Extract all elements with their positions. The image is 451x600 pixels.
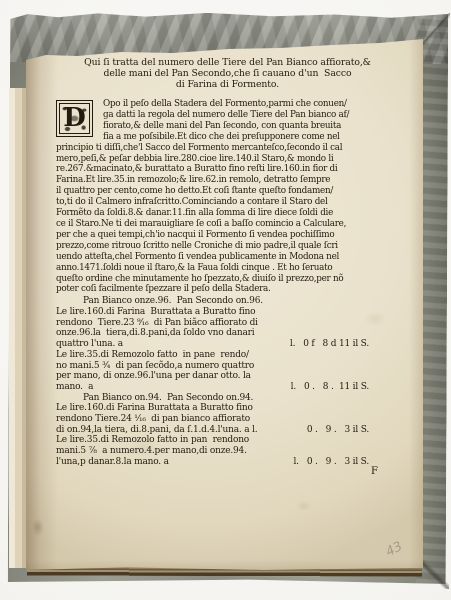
heading-line: di Farina di Formento. [56, 79, 399, 90]
chapter-heading: Qui ſi tratta del numero delle Tiere del… [56, 57, 399, 90]
calmero-row-value: l. 0 . 8 . 11 il S. [291, 382, 369, 393]
calmero-row: per mano, di onze.96.l'una per danar ott… [56, 371, 369, 382]
calmero-row-text: rendono Tiere.24 ¹⁄₁₆ di pan bianco affi… [56, 414, 250, 425]
paragraph-line: uendo atteſta,chel Formento ſi vendea pu… [56, 252, 399, 263]
paragraph-line: il quattro per cento,come ho detto.Et co… [56, 186, 399, 197]
paragraph-line: to,ti do il Calmero infraſcritto.Cominci… [56, 197, 399, 208]
signature-mark: F [371, 466, 378, 477]
calmero-row: Pan Bianco onze.96. Pan Secondo on.96. [83, 296, 369, 307]
paragraph-line: fiorato,& delle mani del Pan ſecondo, co… [103, 121, 399, 132]
calmero-row: onze.96.la tiera,di.8.pani,da ſoldo vno … [56, 328, 369, 339]
calmero-row: l'una,p danar.8.la mano. a l. 0 . 9 . 3 … [56, 457, 369, 468]
calmero-row: Pan Bianco on.94. Pan Secondo on.94. [83, 393, 369, 404]
paragraph-line: poter coſi facilmente ſpezzare il peſo d… [56, 284, 399, 295]
calmero-row-text: per mano, di onze.96.l'una per danar ott… [56, 371, 251, 382]
calmero-row-text: Le lire.35.di Remozolo fatto in pane ren… [56, 350, 249, 361]
paragraph-lines: Opo il peſo della Stadera del Formento,p… [56, 99, 399, 295]
calmero-row-text: di on.94,la tiera, di.8.pani, da ſ.1.d.4… [56, 425, 257, 436]
text-block: Qui ſi tratta del numero delle Tiere del… [56, 57, 399, 468]
calmero-row: rendono Tiere.23 ⁹⁄₁₆ di Pan biãco affio… [56, 318, 369, 329]
calmero-row-text: Le lire.160.di Farina Burattata a Buratt… [56, 307, 255, 318]
calmero-row-text: quattro l'una. a [56, 339, 123, 350]
paragraph-line: prezzo,come ritrouo ſcritto nelle Cronic… [56, 241, 399, 252]
paragraph-line: re.267.&macinato,& burattato a Buratto f… [56, 164, 399, 175]
calmero-row: quattro l'una. a l. 0 f 8 d 11 il S. [56, 339, 369, 350]
calmero-row: no mani.5 ³⁄₄ di pan ſecõdo,a numero qua… [56, 361, 369, 372]
calmero-row: Le lire.35.di Remozolo fatto in pan rend… [56, 435, 369, 446]
paragraph-line: mero,peſi,& peſar debbia lire.280.cioe l… [56, 154, 399, 165]
calmero-row-text: rendono Tiere.23 ⁹⁄₁₆ di Pan biãco affio… [56, 318, 258, 329]
calmero-row: mano. a l. 0 . 8 . 11 il S. [56, 382, 369, 393]
paragraph-line: principio ti diſſi,che'l Sacco del Forme… [56, 143, 399, 154]
calmero-row-text: Le lire.35.di Remozolo fatto in pan rend… [56, 435, 249, 446]
calmero-row-text: no mani.5 ³⁄₄ di pan ſecõdo,a numero qua… [56, 361, 254, 372]
paragraph-line: fia a me poſsibile.Et dico che dei preſu… [103, 132, 399, 143]
pencil-page-number: 43 [383, 539, 405, 560]
paragraph-line: ga datti la regola del numero delle Tier… [103, 110, 399, 121]
calmero-row-text: Le lire.160.di Farina Burattata a Buratt… [56, 403, 253, 414]
calmero-row: Le lire.35.di Remozolo fatto in pane ren… [56, 350, 369, 361]
book-photograph: Qui ſi tratta del numero delle Tiere del… [0, 0, 451, 600]
calmero-row-value: l. 0 . 9 . 3 il S. [294, 457, 370, 468]
calmero-row-text: Pan Bianco on.94. Pan Secondo on.94. [83, 393, 253, 404]
paragraph-line: anno.1471.ſoldi noue il ſtaro,& la Faua … [56, 263, 399, 274]
calmero-row-text: Pan Bianco onze.96. Pan Secondo on.96. [83, 296, 263, 307]
calmero-row-value: l. 0 f 8 d 11 il S. [290, 339, 369, 350]
heading-line: Qui ſi tratta del numero delle Tiere del… [56, 57, 399, 68]
calmero-row: Le lire.160.di Farina Burattata a Buratt… [56, 307, 369, 318]
calmero-row: rendono Tiere.24 ¹⁄₁₆ di pan bianco affi… [56, 414, 369, 425]
paragraph-line: queſto ordine che minutamente ho ſpezzat… [56, 274, 399, 285]
paragraph-line: per che a quei tempi,ch'io nacqui il For… [56, 230, 399, 241]
calmero-row-text: mano. a [56, 382, 93, 393]
drop-cap-letter: D [63, 113, 86, 124]
calmero-row-text: l'una,p danar.8.la mano. a [56, 457, 169, 468]
paragraph-line: ce il Staro.Ne ti dei marauigliare ſe co… [56, 219, 399, 230]
calmero-row: mani.5 ⁷⁄₈ a numero.4.per mano,di onze.9… [56, 446, 369, 457]
body-paragraph: D Opo il peſo della Stadera del Formento… [56, 99, 399, 295]
drop-cap-initial: D [56, 100, 93, 137]
calmero-row-text: onze.96.la tiera,di.8.pani,da ſoldo vno … [56, 328, 254, 339]
heading-line: delle mani del Pan Secondo,che ſi cauano… [56, 68, 399, 79]
calmero-price-table: Pan Bianco onze.96. Pan Secondo on.96. L… [56, 296, 399, 467]
printed-page: Qui ſi tratta del numero delle Tiere del… [26, 36, 423, 570]
calmero-row-text: mani.5 ⁷⁄₈ a numero.4.per mano,di onze.9… [56, 446, 247, 457]
calmero-row: Le lire.160.di Farina Burattata a Buratt… [56, 403, 369, 414]
paragraph-line: Opo il peſo della Stadera del Formento,p… [103, 99, 399, 110]
calmero-row: di on.94,la tiera, di.8.pani, da ſ.1.d.4… [56, 425, 369, 436]
cover-corner-seam-top-right [423, 13, 450, 45]
paragraph-line: Farina.Et lire.35.in remozolo;& lire.62.… [56, 175, 399, 186]
paragraph-line: Formẽto da ſoldi.8.& danar.11.fin alla ſ… [56, 208, 399, 219]
calmero-row-value: 0 . 9 . 3 il S. [307, 425, 369, 436]
